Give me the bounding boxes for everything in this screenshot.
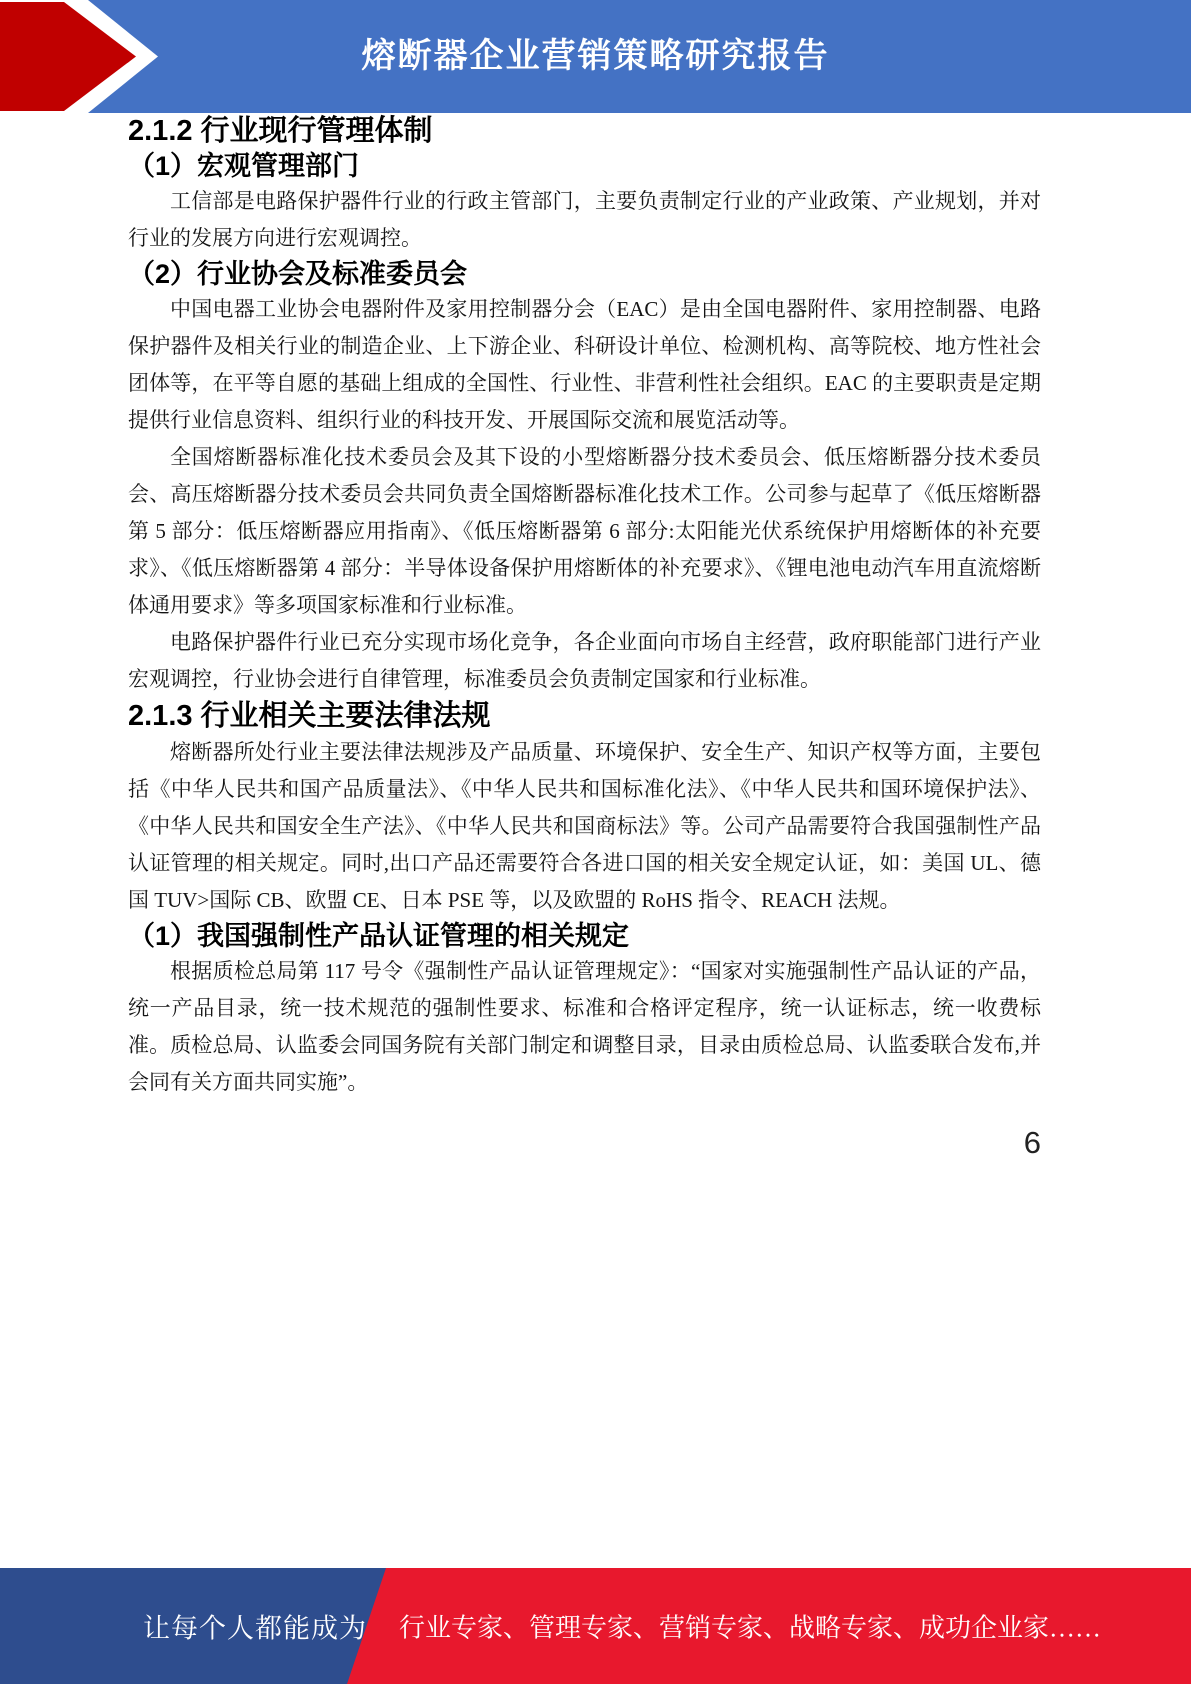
- paragraph-association-2: 全国熔断器标准化技术委员会及其下设的小型熔断器分技术委员会、低压熔断器分技术委员…: [128, 439, 1041, 624]
- subheading-ccc-rules: （1）我国强制性产品认证管理的相关规定: [128, 919, 1041, 953]
- footer-bar: 让每个人都能成为 行业专家、管理专家、营销专家、战略专家、成功企业家……: [0, 1568, 1191, 1684]
- paragraph-macro-dept: 工信部是电路保护器件行业的行政主管部门，主要负责制定行业的产业政策、产业规划，并…: [128, 183, 1041, 257]
- paragraph-association-3: 电路保护器件行业已充分实现市场化竞争，各企业面向市场自主经营，政府职能部门进行产…: [128, 624, 1041, 698]
- subheading-association: （2）行业协会及标准委员会: [128, 257, 1041, 291]
- footer-slogan-right: 行业专家、管理专家、营销专家、战略专家、成功企业家……: [399, 1608, 1101, 1645]
- subheading-macro-dept: （1）宏观管理部门: [128, 149, 1041, 183]
- document-body: 2.1.2 行业现行管理体制 （1）宏观管理部门 工信部是电路保护器件行业的行政…: [0, 113, 1191, 1161]
- heading-2-1-3: 2.1.3 行业相关主要法律法规: [128, 698, 1041, 734]
- page-title: 熔断器企业营销策略研究报告: [0, 0, 1191, 113]
- paragraph-ccc-rules: 根据质检总局第 117 号令《强制性产品认证管理规定》：“国家对实施强制性产品认…: [128, 953, 1041, 1101]
- paragraph-association-1: 中国电器工业协会电器附件及家用控制器分会（EAC）是由全国电器附件、家用控制器、…: [128, 291, 1041, 439]
- footer-slogan-left: 让每个人都能成为: [143, 1607, 367, 1646]
- paragraph-laws: 熔断器所处行业主要法律法规涉及产品质量、环境保护、安全生产、知识产权等方面，主要…: [128, 734, 1041, 919]
- heading-2-1-2: 2.1.2 行业现行管理体制: [128, 113, 1041, 149]
- page-number: 6: [128, 1125, 1041, 1161]
- document-page: 熔断器企业营销策略研究报告 2.1.2 行业现行管理体制 （1）宏观管理部门 工…: [0, 0, 1191, 1684]
- header-bar: 熔断器企业营销策略研究报告: [0, 0, 1191, 113]
